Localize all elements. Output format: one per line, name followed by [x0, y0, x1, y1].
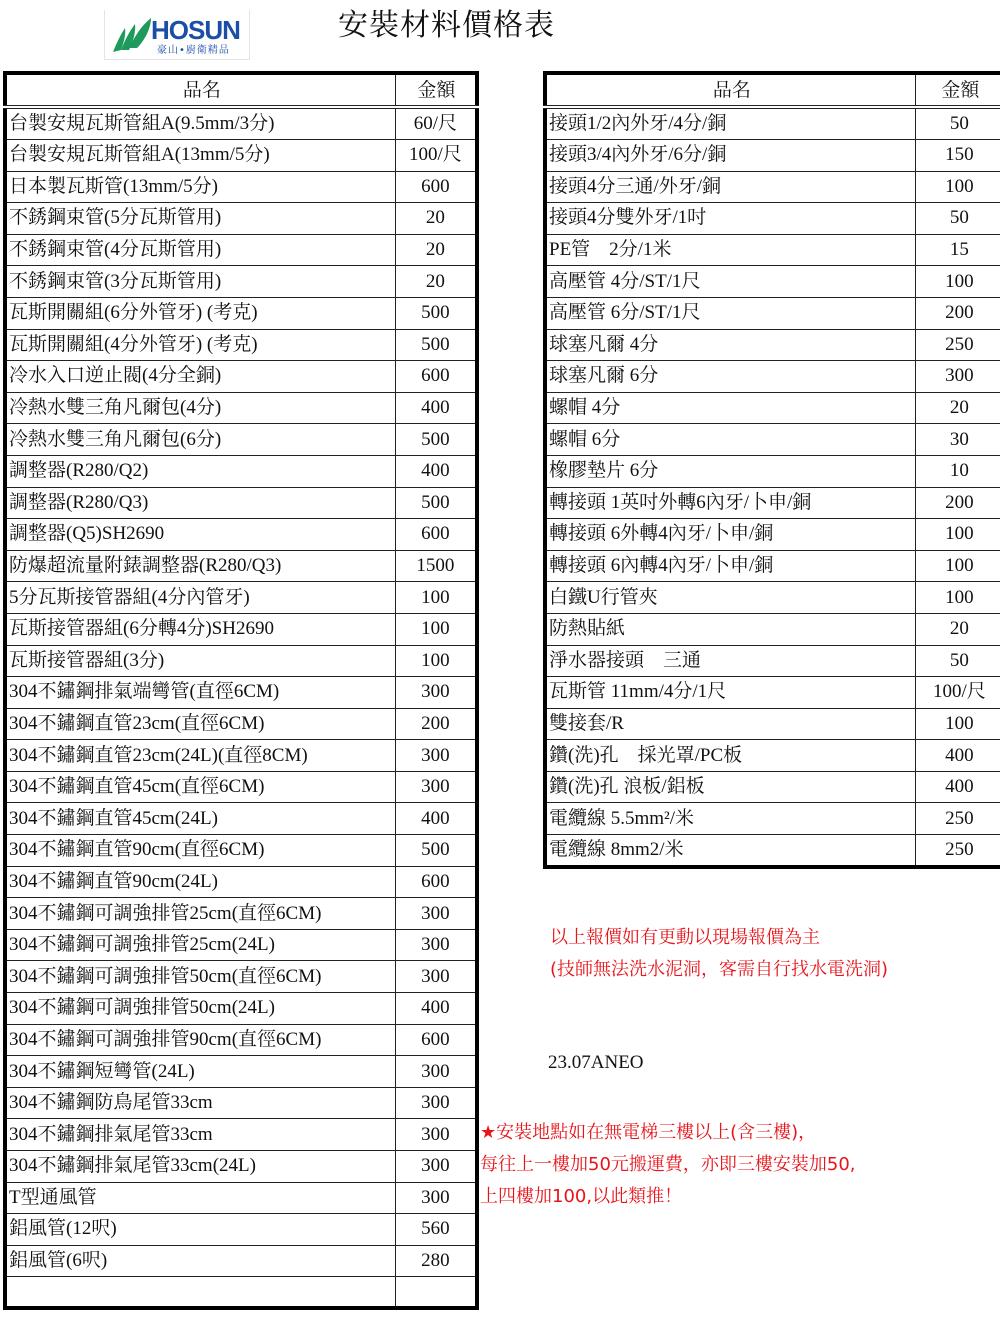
table-row: 瓦斯接管器組(6分轉4分)SH2690100: [5, 613, 477, 645]
item-price: 15: [915, 234, 1000, 266]
item-price: 100: [915, 708, 1000, 740]
item-name: 瓦斯接管器組(6分轉4分)SH2690: [5, 613, 395, 645]
table-row: 接頭4分雙外牙/1吋50: [545, 203, 1000, 235]
item-price: 100: [915, 171, 1000, 203]
item-price: 300: [395, 1087, 477, 1119]
item-name: 白鐵U行管夾: [545, 582, 915, 614]
item-name: 不銹鋼束管(3分瓦斯管用): [5, 266, 395, 298]
table-row: 鑽(洗)孔 浪板/鋁板400: [545, 771, 1000, 803]
right-price-table: 品名 金額 接頭1/2內外牙/4分/銅50接頭3/4內外牙/6分/銅150接頭4…: [543, 71, 1000, 869]
table-row: 304不鏽鋼可調強排管25cm(直徑6CM)300: [5, 898, 477, 930]
item-price: 400: [915, 771, 1000, 803]
item-name: 日本製瓦斯管(13mm/5分): [5, 171, 395, 203]
item-name: 球塞凡爾 6分: [545, 361, 915, 393]
table-row: 304不鏽鋼排氣尾管33cm(24L)300: [5, 1151, 477, 1183]
table-row: 304不鏽鋼直管23cm(24L)(直徑8CM)300: [5, 740, 477, 772]
table-row: 日本製瓦斯管(13mm/5分)600: [5, 171, 477, 203]
table-row: [5, 1277, 477, 1309]
table-row: 調整器(R280/Q3)500: [5, 487, 477, 519]
price-change-line1: 以上報價如有更動以現場報價為主: [550, 922, 888, 954]
table-row: 冷水入口逆止閥(4分全銅)600: [5, 361, 477, 393]
item-price: 100: [395, 613, 477, 645]
item-name: 調整器(R280/Q3): [5, 487, 395, 519]
item-name: 鑽(洗)孔 採光罩/PC板: [545, 740, 915, 772]
item-price: 20: [395, 234, 477, 266]
item-name: 鋁風管(6呎): [5, 1245, 395, 1277]
item-price: 100: [915, 266, 1000, 298]
table-row: 瓦斯管 11mm/4分/1尺100/尺: [545, 677, 1000, 709]
item-name: 螺帽 4分: [545, 392, 915, 424]
table-row: 304不鏽鋼直管90cm(直徑6CM)500: [5, 835, 477, 867]
item-name: 304不鏽鋼直管90cm(24L): [5, 866, 395, 898]
item-price: 100: [395, 645, 477, 677]
item-price: 200: [915, 487, 1000, 519]
table-row: 不銹鋼束管(3分瓦斯管用)20: [5, 266, 477, 298]
item-price: 20: [915, 613, 1000, 645]
item-name: 淨水器接頭 三通: [545, 645, 915, 677]
item-name: 304不鏽鋼直管23cm(24L)(直徑8CM): [5, 740, 395, 772]
item-price: 300: [395, 1151, 477, 1183]
item-price: 500: [395, 835, 477, 867]
item-name: PE管 2分/1米: [545, 234, 915, 266]
table-row: 不銹鋼束管(5分瓦斯管用)20: [5, 203, 477, 235]
table-row: 轉接頭 6外轉4內牙/卜申/銅100: [545, 519, 1000, 551]
item-price: 50: [915, 107, 1000, 140]
table-row: 轉接頭 1英吋外轉6內牙/卜申/銅200: [545, 487, 1000, 519]
page-title: 安裝材料價格表: [338, 4, 555, 48]
item-name: 防爆超流量附錶調整器(R280/Q3): [5, 550, 395, 582]
item-price: 20: [395, 203, 477, 235]
item-price: 250: [915, 803, 1000, 835]
item-price: 300: [395, 771, 477, 803]
item-name: 高壓管 6分/ST/1尺: [545, 297, 915, 329]
hosun-logo: HOSUN 豪山•廚衛精品: [104, 10, 250, 60]
table-row: 球塞凡爾 4分250: [545, 329, 1000, 361]
table-row: 304不鏽鋼排氣尾管33cm300: [5, 1119, 477, 1151]
table-row: 轉接頭 6內轉4內牙/卜申/銅100: [545, 550, 1000, 582]
table-row: 冷熱水雙三角凡爾包(6分)500: [5, 424, 477, 456]
item-price: 100: [915, 582, 1000, 614]
item-name: 接頭4分三通/外牙/銅: [545, 171, 915, 203]
item-name: 瓦斯管 11mm/4分/1尺: [545, 677, 915, 709]
table-row: 304不鏽鋼直管23cm(直徑6CM)200: [5, 708, 477, 740]
item-name: 304不鏽鋼直管90cm(直徑6CM): [5, 835, 395, 867]
item-price: 300: [395, 740, 477, 772]
column-header-name: 品名: [545, 73, 915, 107]
item-name: 不銹鋼束管(4分瓦斯管用): [5, 234, 395, 266]
item-name: 橡膠墊片 6分: [545, 455, 915, 487]
item-price: 200: [915, 297, 1000, 329]
price-change-note: 以上報價如有更動以現場報價為主 (技師無法洗水泥洞，客需自行找水電洗洞): [550, 922, 888, 986]
item-price: 400: [395, 993, 477, 1025]
item-name: 台製安規瓦斯管組A(13mm/5分): [5, 140, 395, 172]
table-row: 瓦斯開關組(6分外管牙) (考克)500: [5, 297, 477, 329]
item-price: 500: [395, 424, 477, 456]
table-row: 304不鏽鋼可調強排管50cm(24L)400: [5, 993, 477, 1025]
table-row: 電纜線 8mm2/米250: [545, 835, 1000, 868]
table-row: 304不鏽鋼可調強排管25cm(24L)300: [5, 929, 477, 961]
column-header-price: 金額: [395, 73, 477, 107]
item-price: 300: [915, 361, 1000, 393]
table-row: 調整器(Q5)SH2690600: [5, 519, 477, 551]
item-name: 304不鏽鋼可調強排管50cm(直徑6CM): [5, 961, 395, 993]
table-row: 304不鏽鋼可調強排管90cm(直徑6CM)600: [5, 1024, 477, 1056]
item-name: 冷熱水雙三角凡爾包(4分): [5, 392, 395, 424]
item-price: 500: [395, 297, 477, 329]
item-price: 500: [395, 329, 477, 361]
table-row: 台製安規瓦斯管組A(13mm/5分)100/尺: [5, 140, 477, 172]
item-name: 調整器(Q5)SH2690: [5, 519, 395, 551]
item-name: 冷水入口逆止閥(4分全銅): [5, 361, 395, 393]
price-change-line2: (技師無法洗水泥洞，客需自行找水電洗洞): [550, 954, 888, 986]
item-price: 300: [395, 1056, 477, 1088]
item-name: 高壓管 4分/ST/1尺: [545, 266, 915, 298]
item-name: 瓦斯開關組(6分外管牙) (考克): [5, 297, 395, 329]
item-name: 球塞凡爾 4分: [545, 329, 915, 361]
item-price: 400: [395, 455, 477, 487]
table-row: 台製安規瓦斯管組A(9.5mm/3分)60/尺: [5, 107, 477, 140]
table-row: 高壓管 6分/ST/1尺200: [545, 297, 1000, 329]
item-name: T型通風管: [5, 1182, 395, 1214]
item-price: 400: [395, 803, 477, 835]
item-price: 300: [395, 677, 477, 709]
column-header-name: 品名: [5, 73, 395, 107]
item-price: 600: [395, 1024, 477, 1056]
table-row: 鑽(洗)孔 採光罩/PC板400: [545, 740, 1000, 772]
item-price: [395, 1277, 477, 1309]
item-name: 螺帽 6分: [545, 424, 915, 456]
item-price: 600: [395, 361, 477, 393]
item-name: 雙接套/R: [545, 708, 915, 740]
table-row: 304不鏽鋼直管45cm(24L)400: [5, 803, 477, 835]
item-price: 400: [395, 392, 477, 424]
item-price: 50: [915, 203, 1000, 235]
item-name: 鑽(洗)孔 浪板/鋁板: [545, 771, 915, 803]
table-row: 304不鏽鋼防鳥尾管33cm300: [5, 1087, 477, 1119]
table-row: 瓦斯接管器組(3分)100: [5, 645, 477, 677]
item-price: 20: [915, 392, 1000, 424]
stairs-line3: 上四樓加100,以此類推！: [480, 1181, 856, 1213]
item-price: 250: [915, 835, 1000, 868]
item-price: 300: [395, 1182, 477, 1214]
item-price: 60/尺: [395, 107, 477, 140]
table-row: PE管 2分/1米15: [545, 234, 1000, 266]
table-row: 鋁風管(12呎)560: [5, 1214, 477, 1246]
item-name: 304不鏽鋼直管45cm(24L): [5, 803, 395, 835]
column-header-price: 金額: [915, 73, 1000, 107]
table-row: 橡膠墊片 6分10: [545, 455, 1000, 487]
item-name: 接頭4分雙外牙/1吋: [545, 203, 915, 235]
stairs-line1: ★安裝地點如在無電梯三樓以上(含三樓)，: [480, 1117, 856, 1149]
item-name: 鋁風管(12呎): [5, 1214, 395, 1246]
table-row: 淨水器接頭 三通50: [545, 645, 1000, 677]
item-price: 600: [395, 519, 477, 551]
item-name: 台製安規瓦斯管組A(9.5mm/3分): [5, 107, 395, 140]
item-name: 304不鏽鋼排氣尾管33cm: [5, 1119, 395, 1151]
table-row: 白鐵U行管夾100: [545, 582, 1000, 614]
item-price: 400: [915, 740, 1000, 772]
table-header: 品名 金額: [545, 73, 1000, 107]
item-price: 50: [915, 645, 1000, 677]
item-name: [5, 1277, 395, 1309]
item-name: 電纜線 8mm2/米: [545, 835, 915, 868]
table-row: 接頭3/4內外牙/6分/銅150: [545, 140, 1000, 172]
item-price: 280: [395, 1245, 477, 1277]
table-row: 冷熱水雙三角凡爾包(4分)400: [5, 392, 477, 424]
table-header: 品名 金額: [5, 73, 477, 107]
item-name: 304不鏽鋼短彎管(24L): [5, 1056, 395, 1088]
table-row: 電纜線 5.5mm²/米250: [545, 803, 1000, 835]
item-price: 500: [395, 487, 477, 519]
item-price: 100/尺: [395, 140, 477, 172]
table-row: 304不鏽鋼排氣端彎管(直徑6CM)300: [5, 677, 477, 709]
item-price: 1500: [395, 550, 477, 582]
item-name: 冷熱水雙三角凡爾包(6分): [5, 424, 395, 456]
item-name: 瓦斯接管器組(3分): [5, 645, 395, 677]
table-row: 球塞凡爾 6分300: [545, 361, 1000, 393]
logo-subtitle: 豪山•廚衛精品: [157, 45, 230, 57]
item-name: 轉接頭 1英吋外轉6內牙/卜申/銅: [545, 487, 915, 519]
table-row: 304不鏽鋼短彎管(24L)300: [5, 1056, 477, 1088]
item-name: 防熱貼紙: [545, 613, 915, 645]
item-name: 電纜線 5.5mm²/米: [545, 803, 915, 835]
table-row: 不銹鋼束管(4分瓦斯管用)20: [5, 234, 477, 266]
item-name: 304不鏽鋼排氣端彎管(直徑6CM): [5, 677, 395, 709]
item-name: 轉接頭 6外轉4內牙/卜申/銅: [545, 519, 915, 551]
item-price: 20: [395, 266, 477, 298]
item-price: 600: [395, 171, 477, 203]
left-price-table: 品名 金額 台製安規瓦斯管組A(9.5mm/3分)60/尺台製安規瓦斯管組A(1…: [3, 71, 479, 1310]
leaf-logo-icon: [111, 16, 155, 54]
table-row: 防爆超流量附錶調整器(R280/Q3)1500: [5, 550, 477, 582]
item-name: 不銹鋼束管(5分瓦斯管用): [5, 203, 395, 235]
item-name: 304不鏽鋼可調強排管25cm(24L): [5, 929, 395, 961]
table-row: 接頭4分三通/外牙/銅100: [545, 171, 1000, 203]
item-name: 304不鏽鋼防鳥尾管33cm: [5, 1087, 395, 1119]
item-name: 304不鏽鋼排氣尾管33cm(24L): [5, 1151, 395, 1183]
item-price: 300: [395, 898, 477, 930]
table-row: 304不鏽鋼可調強排管50cm(直徑6CM)300: [5, 961, 477, 993]
logo-brand: HOSUN: [151, 16, 240, 44]
item-name: 304不鏽鋼可調強排管25cm(直徑6CM): [5, 898, 395, 930]
item-name: 接頭3/4內外牙/6分/銅: [545, 140, 915, 172]
table-row: 雙接套/R100: [545, 708, 1000, 740]
item-name: 304不鏽鋼可調強排管50cm(24L): [5, 993, 395, 1025]
item-price: 150: [915, 140, 1000, 172]
item-name: 調整器(R280/Q2): [5, 455, 395, 487]
item-price: 100: [915, 550, 1000, 582]
table-row: 鋁風管(6呎)280: [5, 1245, 477, 1277]
item-price: 300: [395, 1119, 477, 1151]
item-name: 304不鏽鋼直管23cm(直徑6CM): [5, 708, 395, 740]
item-price: 100/尺: [915, 677, 1000, 709]
table-row: 5分瓦斯接管器組(4分內管牙)100: [5, 582, 477, 614]
item-price: 100: [915, 519, 1000, 551]
item-price: 300: [395, 961, 477, 993]
item-price: 100: [395, 582, 477, 614]
table-row: 螺帽 6分30: [545, 424, 1000, 456]
item-name: 接頭1/2內外牙/4分/銅: [545, 107, 915, 140]
item-name: 5分瓦斯接管器組(4分內管牙): [5, 582, 395, 614]
item-price: 250: [915, 329, 1000, 361]
item-name: 轉接頭 6內轉4內牙/卜申/銅: [545, 550, 915, 582]
table-row: 304不鏽鋼直管45cm(直徑6CM)300: [5, 771, 477, 803]
item-price: 30: [915, 424, 1000, 456]
table-row: 304不鏽鋼直管90cm(24L)600: [5, 866, 477, 898]
table-row: 螺帽 4分20: [545, 392, 1000, 424]
stairs-surcharge-note: ★安裝地點如在無電梯三樓以上(含三樓)， 每往上一樓加50元搬運費，亦即三樓安裝…: [480, 1117, 856, 1213]
item-name: 304不鏽鋼直管45cm(直徑6CM): [5, 771, 395, 803]
table-row: 防熱貼紙20: [545, 613, 1000, 645]
item-price: 10: [915, 455, 1000, 487]
item-name: 304不鏽鋼可調強排管90cm(直徑6CM): [5, 1024, 395, 1056]
table-row: T型通風管300: [5, 1182, 477, 1214]
table-row: 瓦斯開關組(4分外管牙) (考克)500: [5, 329, 477, 361]
item-price: 300: [395, 929, 477, 961]
item-price: 600: [395, 866, 477, 898]
table-row: 調整器(R280/Q2)400: [5, 455, 477, 487]
item-price: 200: [395, 708, 477, 740]
version-code: 23.07ANEO: [548, 1052, 644, 1074]
table-row: 接頭1/2內外牙/4分/銅50: [545, 107, 1000, 140]
stairs-line2: 每往上一樓加50元搬運費，亦即三樓安裝加50,: [480, 1149, 856, 1181]
table-row: 高壓管 4分/ST/1尺100: [545, 266, 1000, 298]
item-name: 瓦斯開關組(4分外管牙) (考克): [5, 329, 395, 361]
item-price: 560: [395, 1214, 477, 1246]
